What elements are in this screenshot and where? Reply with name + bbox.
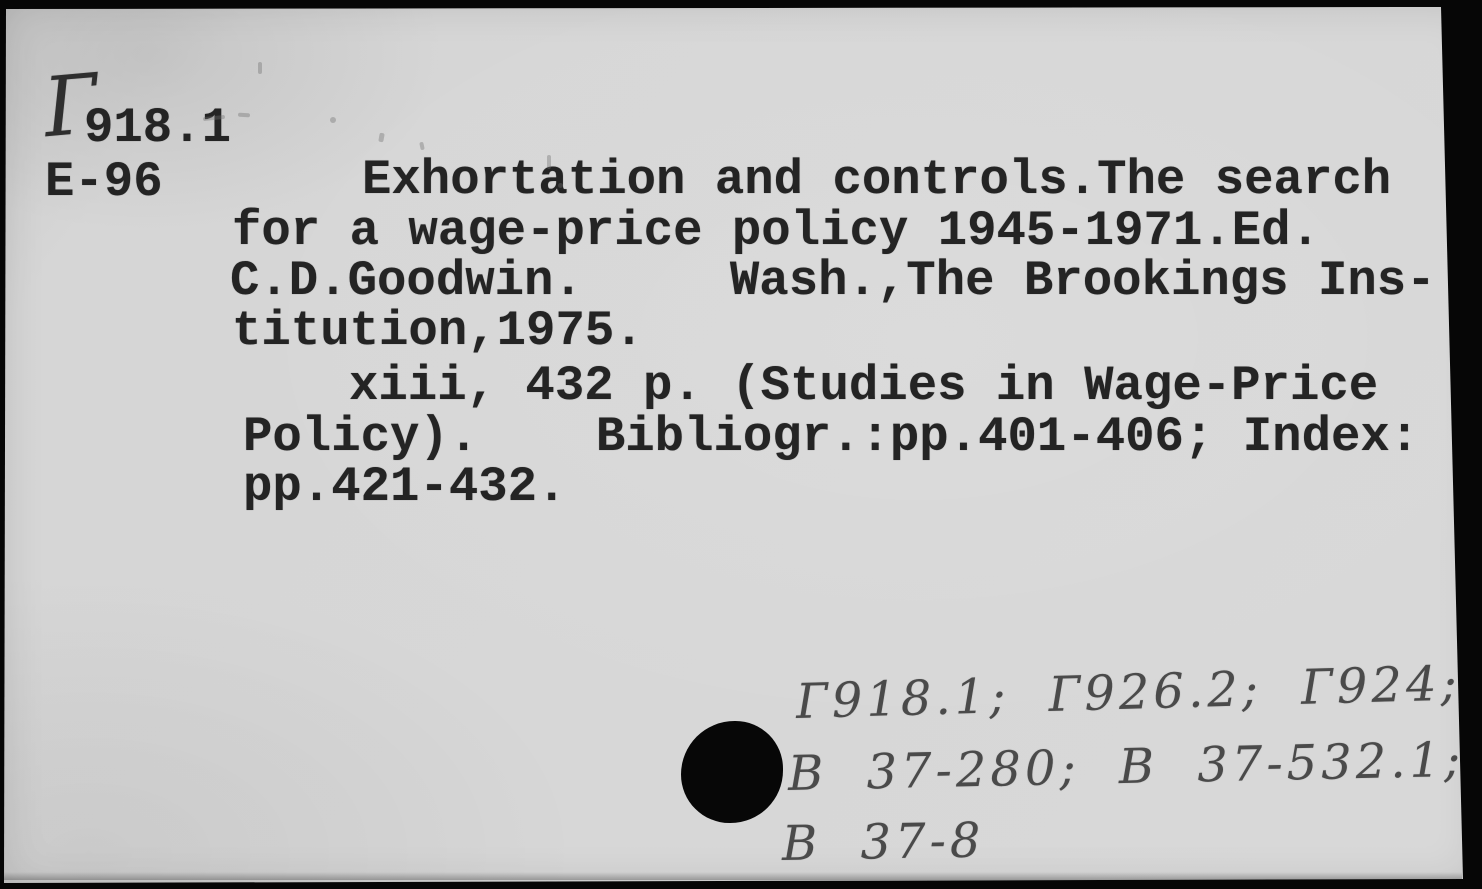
catalog-card: Г 918.1 E-96 Exhortation and controls.Th… [0,0,1482,889]
handwritten-annotation-1: Г918.1; Г926.2; Г924; [795,655,1461,730]
hole-punch [681,721,783,823]
typed-line-publisher-year: titution,1975. [232,307,644,356]
scan-smudge [238,113,250,118]
typed-line-collation: xiii, 432 p. (Studies in Wage-Price [349,362,1378,411]
typed-line-index-pages: pp.421-432. [243,463,566,512]
call-number-cutter: E-96 [45,158,163,207]
call-number-class: 918.1 [84,104,231,153]
scan-smudge [258,62,262,74]
typed-line-series-bibliogr: Policy). Bibliogr.:pp.401-406; Index: [243,413,1419,462]
scan-smudge [547,155,551,169]
scan-smudge [558,183,563,188]
scan-background: Г 918.1 E-96 Exhortation and controls.Th… [0,0,1482,889]
typed-line-title-2: for a wage-price policy 1945-1971.Ed. [232,207,1320,256]
typed-line-title-1: Exhortation and controls.The search [362,156,1391,205]
card-bottom-edge-shadow [4,872,1462,880]
scan-smudge [330,117,336,123]
scan-smudge [378,133,384,143]
typed-line-editor-publisher: C.D.Goodwin. Wash.,The Brookings Ins- [230,257,1436,306]
handwritten-annotation-3: В 37-8 [782,812,985,872]
handwritten-annotation-2: В 37-280; В 37-532.1; [787,732,1464,802]
scan-smudge [419,142,425,151]
